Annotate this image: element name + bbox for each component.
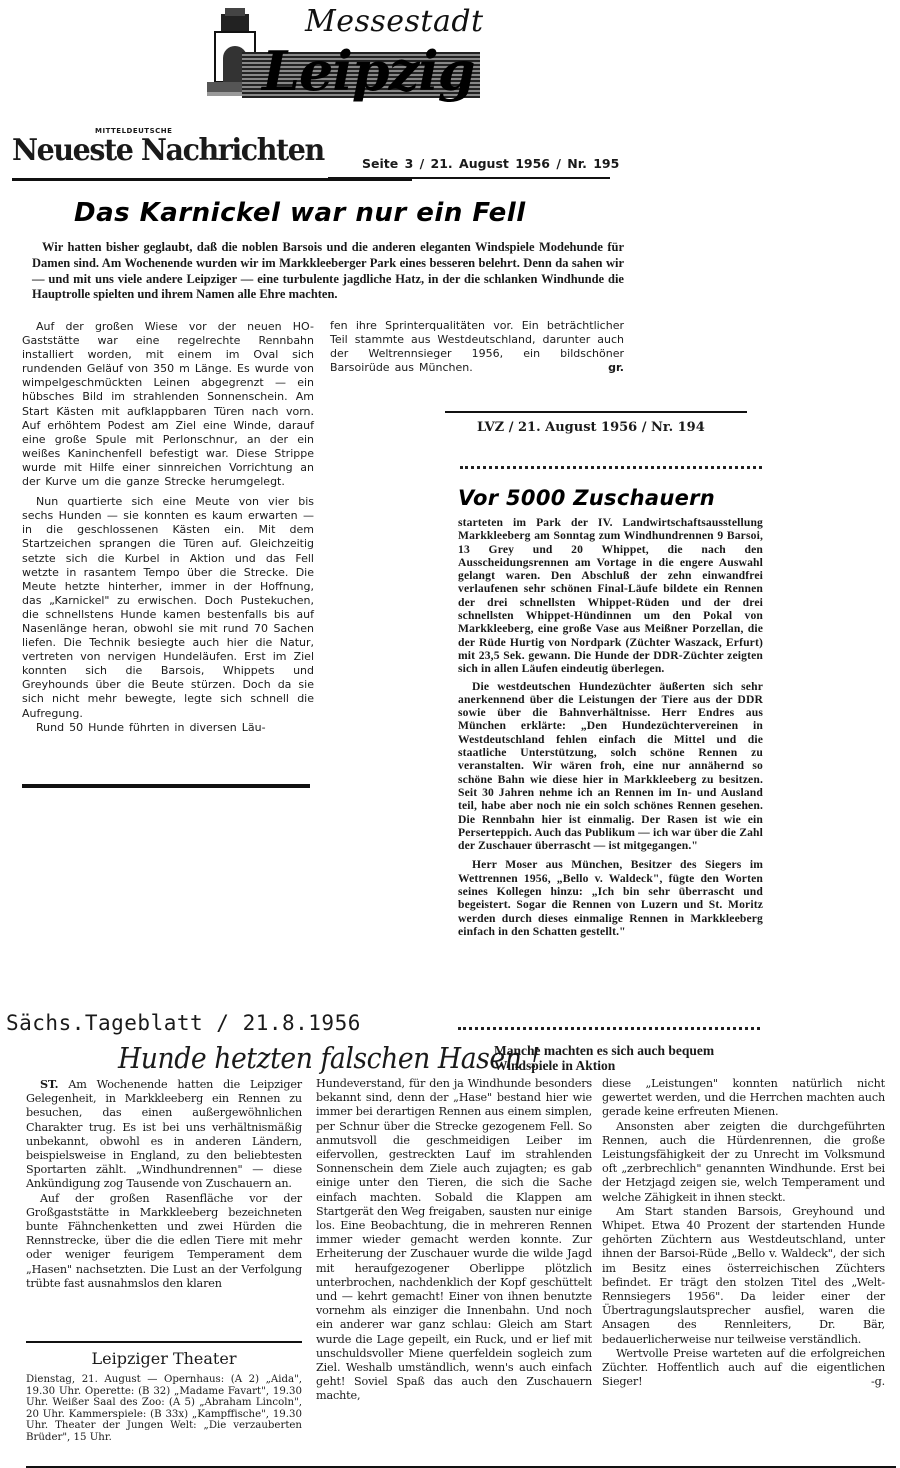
article3-dateline: ST. (40, 1077, 58, 1091)
article2-headline: Vor 5000 Zuschauern (458, 486, 715, 510)
article3-paragraph: Hundeverstand, für den ja Windhunde beso… (316, 1077, 592, 1404)
article1-column-1: Auf der großen Wiese vor der neuen HO-Ga… (22, 320, 314, 735)
issue-rule (328, 177, 610, 179)
article3-subtitle-line1: Manche machten es sich auch bequem (494, 1043, 714, 1058)
article1-column-2: fen ihre Sprinterqualitäten vor. Ein bet… (330, 319, 624, 375)
article3-column-3: diese „Leistungen" konnten natürlich nic… (602, 1077, 885, 1389)
article1-col2-paragraph: fen ihre Sprinterqualitäten vor. Ein bet… (330, 319, 624, 375)
article3-subtitle: Manche machten es sich auch bequem Winds… (494, 1043, 714, 1073)
article1-col2-text: fen ihre Sprinterqualitäten vor. Ein bet… (330, 319, 624, 374)
article3-column-2: Hundeverstand, für den ja Windhunde beso… (316, 1077, 592, 1404)
article2-paragraph: starteten im Park der IV. Landwirtschaft… (458, 516, 763, 676)
article3-paragraph: Am Start standen Barsois, Greyhound und … (602, 1205, 885, 1347)
article3-paragraph: Auf der großen Rasenfläche vor der Großg… (26, 1192, 302, 1291)
article1-signature: gr. (608, 361, 624, 375)
article2-paragraph: Die westdeutschen Hundezüchter äußerten … (458, 680, 763, 853)
article1-lead: Wir hatten bisher geglaubt, daß die nobl… (32, 240, 624, 303)
article3-headline: Hunde hetzten falschen Hasen ! (118, 1041, 540, 1075)
theater-heading: Leipziger Theater (26, 1349, 302, 1368)
article3-subtitle-line2: Windspiele in Aktion (494, 1058, 714, 1073)
article3-paragraph: Ansonsten aber zeigten die durchgeführte… (602, 1120, 885, 1205)
logo-script-text: Messestadt (305, 4, 484, 39)
issue-line: Seite 3 / 21. August 1956 / Nr. 195 (362, 156, 619, 171)
article3-paragraph-text: Am Wochenende hatten die Leipziger Geleg… (26, 1078, 302, 1190)
logo-city-name: Leipzig (262, 44, 475, 98)
theater-listing: Dienstag, 21. August — Opernhaus: (A 2) … (26, 1374, 302, 1444)
article1-end-rule (22, 784, 310, 788)
article1-paragraph: Nun quartierte sich eine Meute von vier … (22, 495, 314, 721)
article2-top-rule (445, 411, 747, 413)
article1-lead-text: Wir hatten bisher geglaubt, daß die nobl… (32, 240, 624, 303)
article2-source: LVZ / 21. August 1956 / Nr. 194 (477, 420, 705, 435)
article3-signature: -g. (857, 1375, 885, 1389)
theater-top-rule (26, 1341, 302, 1343)
article1-paragraph: Rund 50 Hunde führten in diversen Läu- (22, 721, 314, 735)
article2-paragraph: Herr Moser aus München, Besitzer des Sie… (458, 858, 763, 938)
newspaper-name: Neueste Nachrichten (12, 133, 324, 168)
article3-paragraph: ST. Am Wochenende hatten die Leipziger G… (26, 1077, 302, 1192)
article2-dotted-rule (460, 466, 762, 469)
article1-paragraph: Auf der großen Wiese vor der neuen HO-Ga… (22, 320, 314, 489)
article1-headline: Das Karnickel war nur ein Fell (74, 198, 526, 228)
article3-paragraph: diese „Leistungen" konnten natürlich nic… (602, 1077, 885, 1120)
article2-dotted-end-rule (458, 1027, 760, 1030)
article3-paragraph: Wertvolle Preise warteten auf die erfolg… (602, 1347, 885, 1390)
article3-source: Sächs.Tageblatt / 21.8.1956 (6, 1011, 361, 1035)
article3-column-1: ST. Am Wochenende hatten die Leipziger G… (26, 1077, 302, 1291)
article3-paragraph-text: Wertvolle Preise warteten auf die erfolg… (602, 1347, 885, 1388)
article2-body: starteten im Park der IV. Landwirtschaft… (458, 516, 763, 938)
